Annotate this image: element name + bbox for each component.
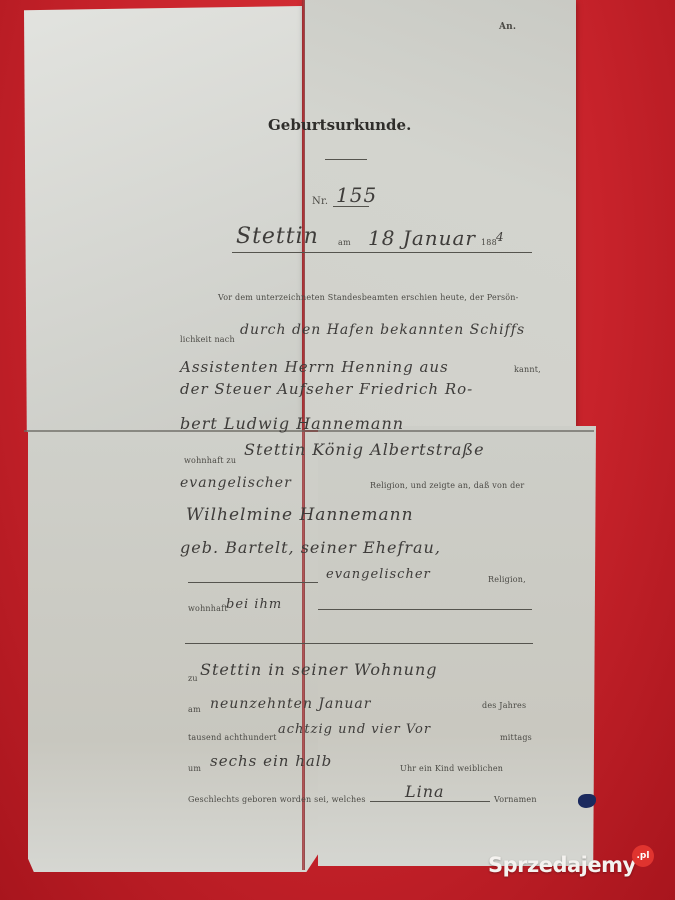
number-value: 155 bbox=[336, 183, 377, 207]
line-17-handwritten: Lina bbox=[405, 782, 445, 801]
line-17-printed: Geschlechts geboren worden sei, welches bbox=[188, 795, 366, 804]
line-13-handwritten: Stettin in seiner Wohnung bbox=[200, 660, 438, 679]
line-16-printed-suffix: Uhr ein Kind weiblichen bbox=[400, 764, 503, 773]
line-7-handwritten: evangelischer bbox=[180, 475, 292, 491]
watermark-pl-badge: .pl bbox=[632, 845, 654, 867]
year-handwritten: 4 bbox=[496, 230, 505, 244]
paper-panel-bottom-left bbox=[28, 432, 318, 872]
place-handwritten: Stettin bbox=[236, 224, 319, 249]
line-2-printed: lichkeit nach bbox=[180, 335, 235, 344]
line-2-handwritten: durch den Hafen bekannten Schiffs bbox=[240, 322, 525, 338]
line-10-blank bbox=[188, 582, 318, 583]
number-underline bbox=[333, 206, 369, 207]
line-1-printed: Vor dem unterzeichneten Standesbeamten e… bbox=[218, 293, 519, 302]
line-17-rule bbox=[370, 801, 490, 802]
date-line bbox=[232, 252, 532, 253]
line-15-printed-suffix: mittags bbox=[500, 733, 532, 742]
line-11-rule bbox=[318, 609, 532, 610]
line-15-printed: tausend achthundert bbox=[188, 733, 277, 742]
line-17-printed-suffix: Vornamen bbox=[494, 795, 537, 804]
line-11-handwritten: bei ihm bbox=[226, 597, 282, 612]
line-10-printed-suffix: Religion, bbox=[488, 575, 526, 584]
line-13-printed: zu bbox=[188, 674, 198, 683]
year-printed: 188 bbox=[481, 238, 497, 247]
line-15-handwritten: achtzig und vier Vor bbox=[278, 722, 431, 737]
line-6-handwritten: Stettin König Albertstraße bbox=[244, 440, 485, 459]
line-12-blank bbox=[185, 643, 533, 644]
number-label: Nr. bbox=[312, 196, 328, 207]
line-8-handwritten: Wilhelmine Hannemann bbox=[186, 505, 414, 525]
line-3-printed-suffix: kannt, bbox=[514, 365, 541, 374]
date-connector: am bbox=[338, 238, 351, 247]
line-10-handwritten: evangelischer bbox=[326, 567, 431, 582]
sprzedajemy-watermark: Sprzedajemy bbox=[488, 853, 636, 877]
line-14-handwritten: neunzehnten Januar bbox=[210, 696, 371, 712]
line-14-printed: am bbox=[188, 705, 201, 714]
line-14-printed-suffix: des Jahres bbox=[482, 701, 526, 710]
date-handwritten: 18 Januar bbox=[368, 226, 476, 250]
line-4-handwritten: der Steuer Aufseher Friedrich Ro- bbox=[180, 380, 473, 398]
line-3-handwritten: Assistenten Herrn Henning aus bbox=[180, 358, 449, 376]
line-11-printed: wohnhaft bbox=[188, 604, 228, 613]
corner-mark: An. bbox=[499, 22, 516, 32]
line-6-printed: wohnhaft zu bbox=[184, 456, 236, 465]
line-16-printed: um bbox=[188, 764, 201, 773]
line-9-handwritten: geb. Bartelt, seiner Ehefrau, bbox=[180, 538, 441, 557]
document-title: Geburtsurkunde. bbox=[268, 116, 411, 134]
title-underline bbox=[325, 159, 367, 160]
line-16-handwritten: sechs ein halb bbox=[210, 752, 332, 770]
line-5-handwritten: bert Ludwig Hannemann bbox=[180, 414, 404, 433]
line-7-printed-suffix: Religion, und zeigte an, daß von der bbox=[370, 481, 524, 490]
